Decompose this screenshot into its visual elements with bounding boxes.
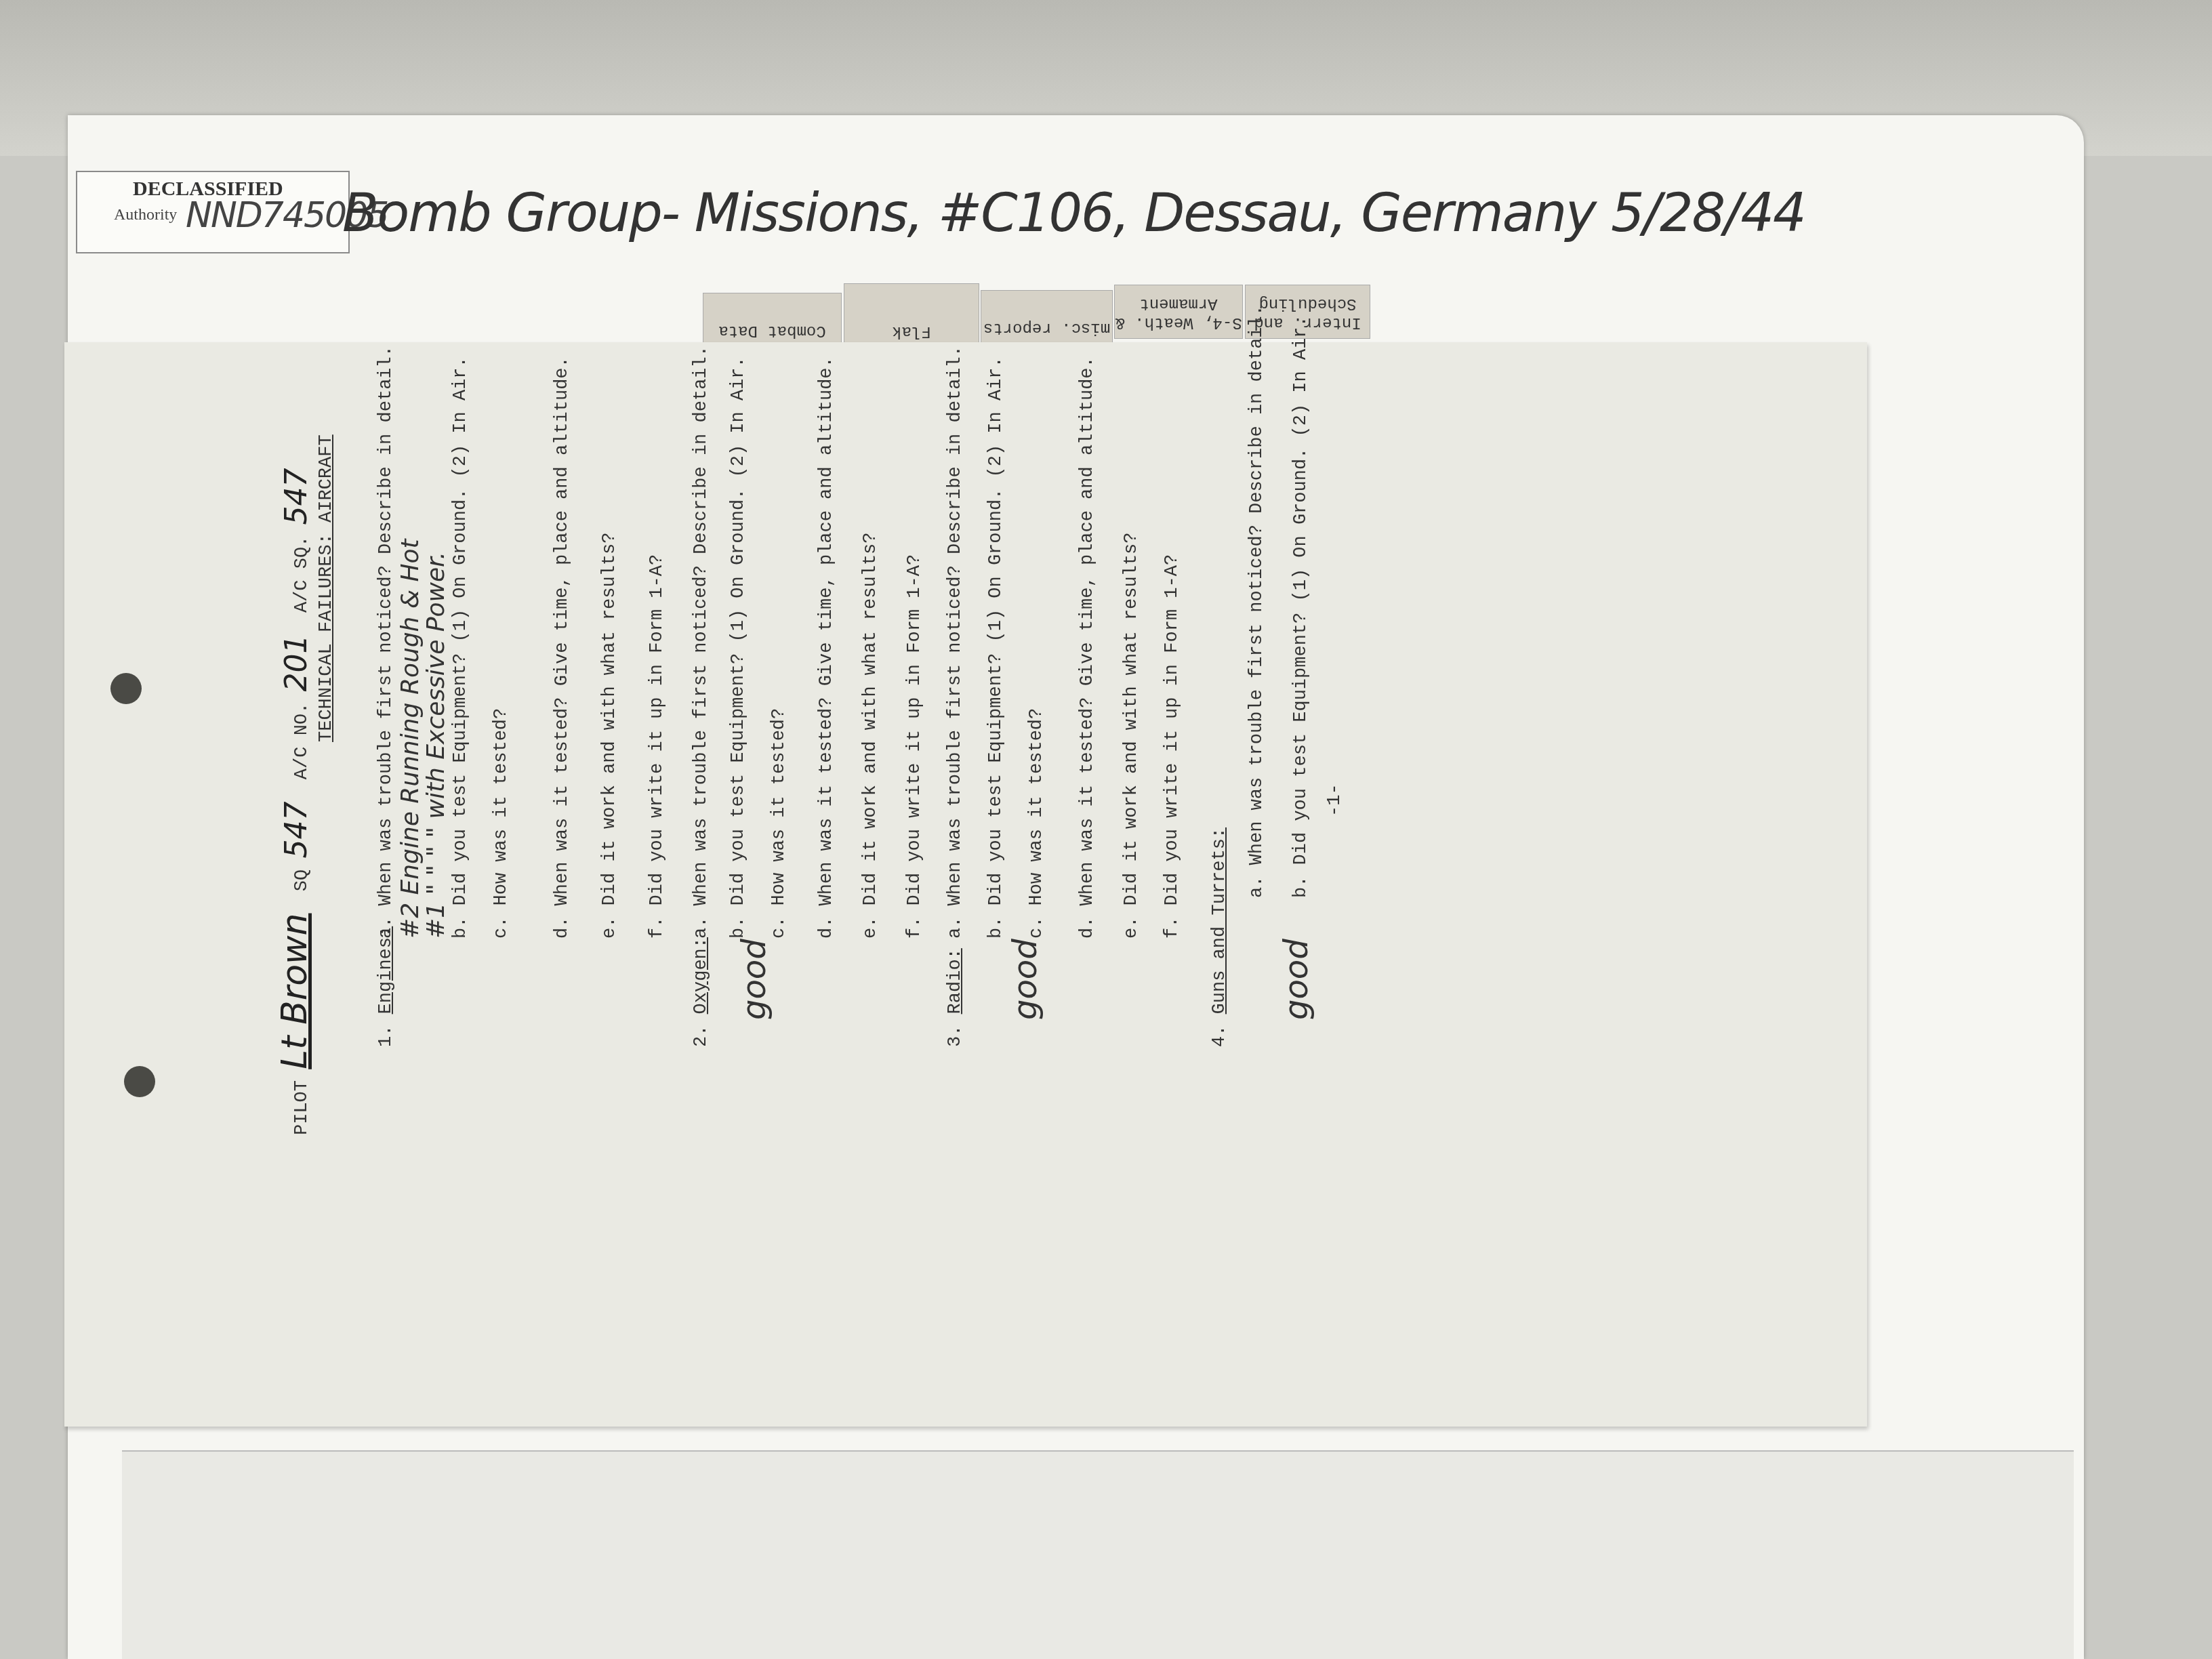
- rotated-form: PILOT Lt Brown SQ 547 A/C NO. 201 A/C SQ…: [64, 342, 1867, 1427]
- form-line: f. Did you write it up in Form 1-A?: [1162, 554, 1183, 939]
- tab-combat-data[interactable]: Combat Data: [703, 293, 842, 347]
- section-oxygen: 2. Oxygen:: [691, 937, 712, 1047]
- handwritten-note: good: [1277, 939, 1315, 1020]
- form-line: d. When was it tested? Give time, place …: [817, 356, 837, 939]
- section-guns-turrets: 4. Guns and Turrets:: [1210, 827, 1230, 1047]
- header-pilot: PILOT Lt Brown SQ 547 A/C NO. 201 A/C SQ…: [274, 468, 315, 1136]
- underlying-sheets: [122, 1450, 2074, 1659]
- section-engines: 1. Engines:: [376, 926, 396, 1047]
- form-page: PILOT Lt Brown SQ 547 A/C NO. 201 A/C SQ…: [64, 342, 1867, 1427]
- form-line: a. When was trouble first noticed? Descr…: [1247, 305, 1267, 898]
- form-line: c. How was it tested?: [1027, 708, 1047, 939]
- form-line: b. Did you test Equipment? (1) On Ground…: [1291, 316, 1311, 898]
- form-line: e. Did it work and with what results?: [600, 533, 620, 939]
- form-line: c. How was it tested?: [491, 708, 512, 939]
- form-line: d. When was it tested? Give time, place …: [1078, 356, 1098, 939]
- form-line: a. When was trouble first noticed? Descr…: [376, 346, 396, 939]
- handwritten-answer: #1 " " " " with Excessive Power.: [422, 552, 450, 939]
- form-line: a. When was trouble first noticed? Descr…: [691, 346, 712, 939]
- section-radio: 3. Radio:: [945, 948, 966, 1047]
- form-line: f. Did you write it up in Form 1-A?: [647, 554, 668, 939]
- form-line: e. Did it work and with what results?: [1122, 533, 1142, 939]
- handwritten-note: good: [735, 939, 773, 1020]
- form-line: e. Did it work and with what results?: [861, 533, 881, 939]
- form-line: b. Did you test Equipment? (1) On Ground…: [729, 356, 749, 939]
- form-title: TECHNICAL FAILURES: AIRCRAFT: [316, 434, 337, 742]
- handwritten-note: good: [1006, 939, 1044, 1020]
- form-line: b. Did you test Equipment? (1) On Ground…: [451, 356, 471, 939]
- tab-misc-reports[interactable]: misc. reports: [981, 290, 1113, 344]
- form-line: d. When was it tested? Give time, place …: [552, 356, 573, 939]
- form-line: b. Did you test Equipment? (1) On Ground…: [986, 356, 1006, 939]
- form-line: a. When was trouble first noticed? Descr…: [945, 346, 966, 939]
- handwritten-answer: #2 Engine Running Rough & Hot: [396, 539, 424, 939]
- folder-title: Bomb Group- Missions, #C106, Dessau, Ger…: [342, 183, 1805, 244]
- tab-flak[interactable]: Flak: [844, 283, 979, 348]
- form-line: c. How was it tested?: [769, 708, 790, 939]
- declassified-stamp: DECLASSIFIED Authority NND745005: [76, 171, 350, 253]
- stamp-authority-label: Authority: [114, 206, 177, 224]
- page-number: -1-: [1325, 783, 1345, 817]
- form-line: f. Did you write it up in Form 1-A?: [905, 554, 925, 939]
- tab-s4-weather-armament[interactable]: S-4, Weath. & Armament: [1114, 285, 1243, 339]
